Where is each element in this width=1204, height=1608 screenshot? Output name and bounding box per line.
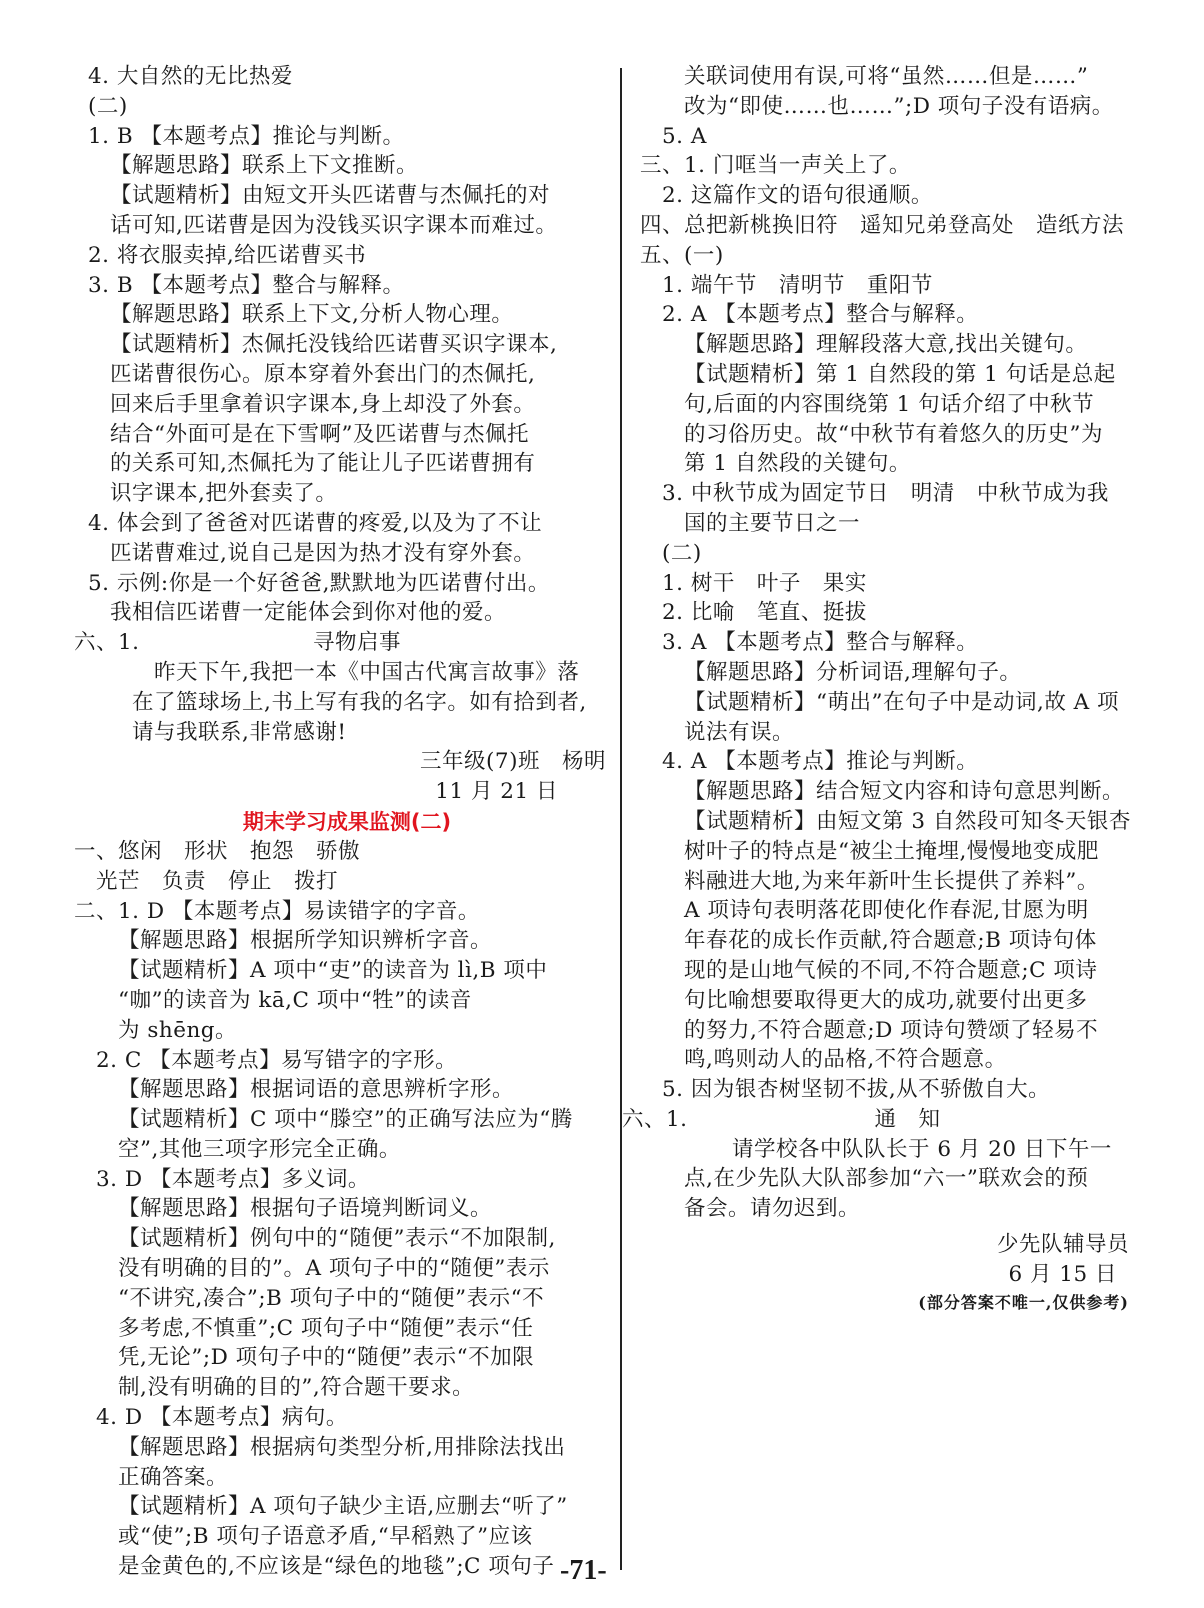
- answer-line: 一、悠闲 形状 抱怨 骄傲: [74, 837, 606, 867]
- lost-notice: 六、1. 寻物启事 昨天下午,我把一本《中国古代寓言故事》落 在了篮球场上,书上…: [88, 628, 606, 807]
- answer-line: 【试题精析】杰佩托没钱给匹诺曹买识字课本,: [88, 330, 606, 360]
- answer-line: 多考虑,不慎重”;C 项句子中“随便”表示“任: [74, 1314, 606, 1344]
- answer-line: A 项诗句表明落花即使化作春泥,甘愿为明: [640, 896, 1175, 926]
- answer-line: 匹诺曹很伤心。原本穿着外套出门的杰佩托,: [88, 360, 606, 390]
- notice-title: 通 知: [640, 1105, 1175, 1135]
- answer-line: 【试题精析】例句中的“随便”表示“不加限制,: [74, 1224, 606, 1254]
- notice-body-2: 点,在少先队大队部参加“六一”联欢会的预: [640, 1164, 1175, 1194]
- answer-line: 4. A 【本题考点】推论与判断。: [640, 747, 1175, 777]
- answer-line: 说法有误。: [640, 718, 1175, 748]
- answer-line: 空”,其他三项字形完全正确。: [74, 1135, 606, 1165]
- answer-line: 【解题思路】联系上下文,分析人物心理。: [88, 300, 606, 330]
- answer-line: 1. B 【本题考点】推论与判断。: [88, 122, 606, 152]
- answer-line: 话可知,匹诺曹是因为没钱买识字课本而难过。: [88, 211, 606, 241]
- answer-line: 凭,无论”;D 项句子中的“随便”表示“不加限: [74, 1343, 606, 1373]
- answer-line: 结合“外面可是在下雪啊”及匹诺曹与杰佩托: [88, 420, 606, 450]
- answer-line: 3. B 【本题考点】整合与解释。: [88, 271, 606, 301]
- answer-line: 4. 体会到了爸爸对匹诺曹的疼爱,以及为了不让: [88, 509, 606, 539]
- answer-line: 【试题精析】A 项中“吏”的读音为 lì,B 项中: [74, 956, 606, 986]
- answer-line: 关联词使用有误,可将“虽然……但是……”: [640, 62, 1175, 92]
- answer-line: 国的主要节日之一: [640, 509, 1175, 539]
- answer-line: 年春花的成长作贡献,符合题意;B 项诗句体: [640, 926, 1175, 956]
- answer-line: 3. A 【本题考点】整合与解释。: [640, 628, 1175, 658]
- answer-line: 【解题思路】根据句子语境判断词义。: [74, 1194, 606, 1224]
- answer-line: 【试题精析】由短文第 3 自然段可知冬天银杏: [640, 807, 1175, 837]
- answer-line: 匹诺曹难过,说自己是因为热才没有穿外套。: [88, 539, 606, 569]
- lost-notice-signature: 三年级(7)班 杨明: [88, 747, 606, 777]
- notice-body-3: 备会。请勿迟到。: [640, 1194, 1175, 1224]
- answer-line: 五、(一): [640, 241, 1175, 271]
- page-number: -71-: [560, 1555, 607, 1587]
- answer-line: (二): [88, 92, 606, 122]
- footnote: (部分答案不唯一,仅供参考): [640, 1290, 1175, 1316]
- answer-line: 1. 树干 叶子 果实: [640, 569, 1175, 599]
- answer-line: 【试题精析】“萌出”在句子中是动词,故 A 项: [640, 688, 1175, 718]
- answer-line: 【解题思路】根据病句类型分析,用排除法找出: [74, 1433, 606, 1463]
- answer-line: 料融进大地,为来年新叶生长提供了养料”。: [640, 867, 1175, 897]
- column-divider: [620, 68, 622, 1570]
- answer-line: 正确答案。: [74, 1463, 606, 1493]
- answer-line: 2. 这篇作文的语句很通顺。: [640, 181, 1175, 211]
- answer-line: (二): [640, 539, 1175, 569]
- answer-line: 四、总把新桃换旧符 遥知兄弟登高处 造纸方法: [640, 211, 1175, 241]
- answer-line: 的关系可知,杰佩托为了能让儿子匹诺曹拥有: [88, 449, 606, 479]
- answer-line: 句比喻想要取得更大的成功,就要付出更多: [640, 986, 1175, 1016]
- answer-line: 三、1. 门哐当一声关上了。: [640, 151, 1175, 181]
- answer-line: 1. 端午节 清明节 重阳节: [640, 271, 1175, 301]
- lost-notice-body-2: 在了篮球场上,书上写有我的名字。如有拾到者,: [88, 688, 606, 718]
- answer-line: 句,后面的内容围绕第 1 句话介绍了中秋节: [640, 390, 1175, 420]
- answer-line: 4. 大自然的无比热爱: [88, 62, 606, 92]
- lost-notice-body-3: 请与我联系,非常感谢!: [88, 718, 606, 748]
- answer-line: 或“使”;B 项句子语意矛盾,“早稻熟了”应该: [74, 1522, 606, 1552]
- answer-line: 改为“即使……也……”;D 项句子没有语病。: [640, 92, 1175, 122]
- answer-line: 第 1 自然段的关键句。: [640, 449, 1175, 479]
- notice: 六、1. 通 知 请学校各中队队长于 6 月 20 日下午一 点,在少先队大队部…: [640, 1105, 1175, 1316]
- lost-notice-date: 11 月 21 日: [88, 777, 606, 807]
- answer-line: 2. A 【本题考点】整合与解释。: [640, 300, 1175, 330]
- answer-line: 现的是山地气候的不同,不符合题意;C 项诗: [640, 956, 1175, 986]
- notice-signature: 少先队辅导员: [640, 1230, 1175, 1260]
- answer-line: “咖”的读音为 kā,C 项中“牲”的读音: [74, 986, 606, 1016]
- answer-line: 识字课本,把外套卖了。: [88, 479, 606, 509]
- answer-line: 【试题精析】由短文开头匹诺曹与杰佩托的对: [88, 181, 606, 211]
- answer-line: 鸣,鸣则动人的品格,不符合题意。: [640, 1045, 1175, 1075]
- answer-line: 【试题精析】A 项句子缺少主语,应删去“听了”: [74, 1492, 606, 1522]
- answer-line: “不讲究,凑合”;B 项句子中的“随便”表示“不: [74, 1284, 606, 1314]
- answer-line: 2. C 【本题考点】易写错字的字形。: [74, 1046, 606, 1076]
- answer-line: 4. D 【本题考点】病句。: [74, 1403, 606, 1433]
- answer-line: 2. 比喻 笔直、挺拔: [640, 598, 1175, 628]
- answer-line: 光芒 负责 停止 拨打: [74, 867, 606, 897]
- answer-line: 是金黄色的,不应该是“绿色的地毯”;C 项句子: [74, 1552, 606, 1582]
- lost-notice-body-1: 昨天下午,我把一本《中国古代寓言故事》落: [88, 658, 606, 688]
- section-title: 期末学习成果监测(二): [88, 807, 606, 837]
- answer-line: 【解题思路】理解段落大意,找出关键句。: [640, 330, 1175, 360]
- notice-date: 6 月 15 日: [640, 1260, 1175, 1290]
- answer-line: 【解题思路】联系上下文推断。: [88, 151, 606, 181]
- answer-line: 【解题思路】结合短文内容和诗句意思判断。: [640, 777, 1175, 807]
- answer-line: 【解题思路】根据词语的意思辨析字形。: [74, 1075, 606, 1105]
- answer-line: 树叶子的特点是“被尘土掩埋,慢慢地变成肥: [640, 837, 1175, 867]
- answer-line: 没有明确的目的”。A 项句子中的“随便”表示: [74, 1254, 606, 1284]
- answer-line: 2. 将衣服卖掉,给匹诺曹买书: [88, 241, 606, 271]
- answer-line: 回来后手里拿着识字课本,身上却没了外套。: [88, 390, 606, 420]
- right-column: 关联词使用有误,可将“虽然……但是……”改为“即使……也……”;D 项句子没有语…: [640, 62, 1175, 1316]
- answer-line: 5. 示例:你是一个好爸爸,默默地为匹诺曹付出。: [88, 569, 606, 599]
- notice-label: 六、1.: [622, 1105, 688, 1135]
- answer-line: 的习俗历史。故“中秋节有着悠久的历史”为: [640, 420, 1175, 450]
- answer-line: 【试题精析】第 1 自然段的第 1 句话是总起: [640, 360, 1175, 390]
- answer-line: 的努力,不符合题意;D 项诗句赞颂了轻易不: [640, 1016, 1175, 1046]
- answer-line: 二、1. D 【本题考点】易读错字的字音。: [74, 897, 606, 927]
- answer-line: 3. D 【本题考点】多义词。: [74, 1165, 606, 1195]
- answer-line: 为 shēng。: [74, 1016, 606, 1046]
- notice-body-1: 请学校各中队队长于 6 月 20 日下午一: [640, 1135, 1175, 1165]
- answer-line: 制,没有明确的目的”,符合题干要求。: [74, 1373, 606, 1403]
- answer-line: 【解题思路】分析词语,理解句子。: [640, 658, 1175, 688]
- lost-notice-label: 六、1.: [74, 628, 140, 658]
- lost-notice-title: 寻物启事: [88, 628, 606, 658]
- answer-line: 5. 因为银杏树坚韧不拔,从不骄傲自大。: [640, 1075, 1175, 1105]
- answer-line: 3. 中秋节成为固定节日 明清 中秋节成为我: [640, 479, 1175, 509]
- answer-line: 我相信匹诺曹一定能体会到你对他的爱。: [88, 598, 606, 628]
- answer-line: 【解题思路】根据所学知识辨析字音。: [74, 926, 606, 956]
- answer-line: 5. A: [640, 122, 1175, 152]
- answer-line: 【试题精析】C 项中“滕空”的正确写法应为“腾: [74, 1105, 606, 1135]
- left-column: 4. 大自然的无比热爱(二)1. B 【本题考点】推论与判断。【解题思路】联系上…: [88, 62, 606, 1582]
